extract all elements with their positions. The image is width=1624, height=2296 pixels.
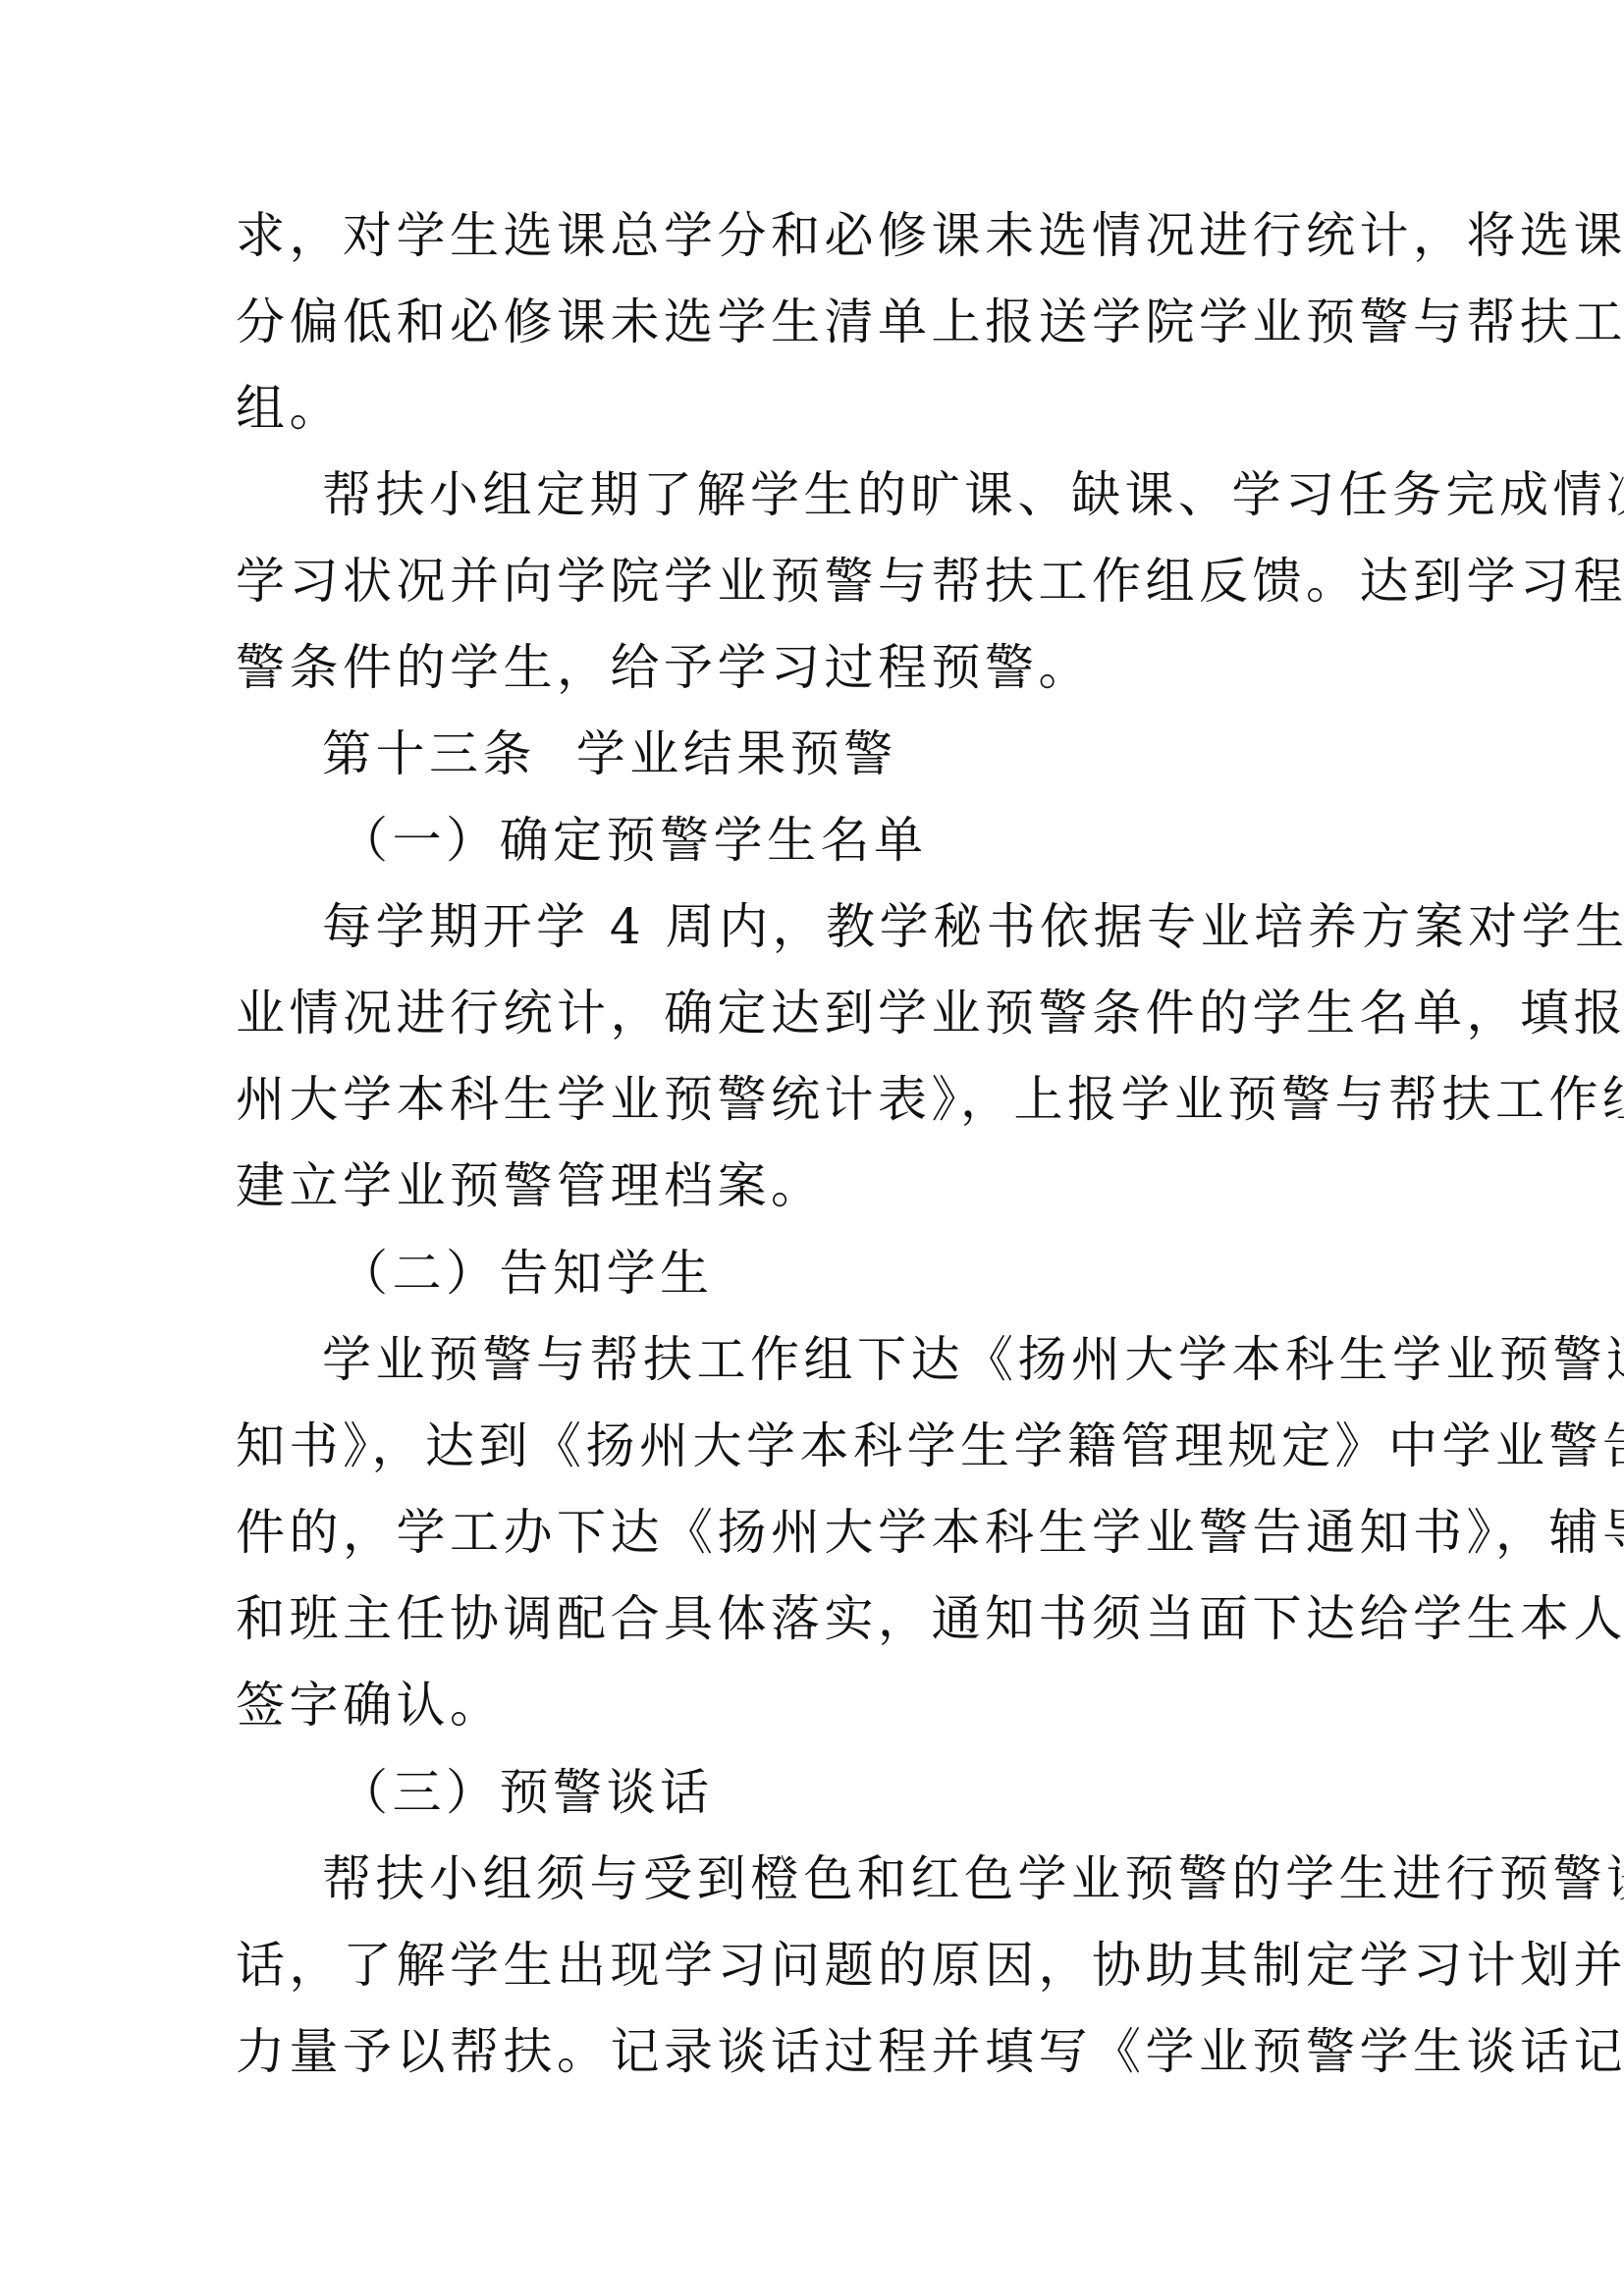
paragraph-line: 学业预警与帮扶工作组下达《扬州大学本科生学业预警通: [322, 1325, 1435, 1394]
paragraph-line: 警条件的学生，给予学习过程预警。: [236, 633, 1435, 702]
paragraph-line: 建立学业预警管理档案。: [236, 1151, 1435, 1220]
paragraph-line: 学习状况并向学院学业预警与帮扶工作组反馈。达到学习程预: [236, 547, 1435, 615]
paragraph-line: 知书》，达到《扬州大学本科学生学籍管理规定》中学业警告条: [236, 1412, 1435, 1480]
section-heading: （三）预警谈话: [339, 1758, 714, 1827]
paragraph-line: 帮扶小组须与受到橙色和红色学业预警的学生进行预警谈: [322, 1844, 1435, 1913]
paragraph-line: 力量予以帮扶。记录谈话过程并填写《学业预警学生谈话记录: [236, 2017, 1435, 2086]
paragraph-line: 业情况进行统计，确定达到学业预警条件的学生名单，填报《扬: [236, 979, 1435, 1047]
paragraph-line: 和班主任协调配合具体落实，通知书须当面下达给学生本人并: [236, 1584, 1435, 1653]
paragraph-line: 州大学本科生学业预警统计表》，上报学业预警与帮扶工作组，: [236, 1065, 1435, 1134]
paragraph-line: 每学期开学 4 周内，教学秘书依据专业培养方案对学生学: [322, 892, 1435, 961]
section-heading: （一）确定预警学生名单: [339, 806, 928, 875]
section-heading: （二）告知学生: [339, 1239, 714, 1308]
paragraph-line: 分偏低和必修课未选学生清单上报送学院学业预警与帮扶工作: [236, 288, 1435, 356]
paragraph-line: 组。: [236, 374, 1435, 443]
paragraph-line: 求，对学生选课总学分和必修课未选情况进行统计，将选课总学: [236, 201, 1435, 270]
document-page: 求，对学生选课总学分和必修课未选情况进行统计，将选课总学 分偏低和必修课未选学生…: [0, 0, 1624, 2296]
paragraph-line: 帮扶小组定期了解学生的旷课、缺课、学习任务完成情况等: [322, 460, 1435, 529]
paragraph-line: 签字确认。: [236, 1671, 1435, 1739]
article-heading: 第十三条 学业结果预警: [322, 720, 897, 788]
paragraph-line: 话，了解学生出现学习问题的原因，协助其制定学习计划并组织: [236, 1931, 1435, 2000]
paragraph-line: 件的，学工办下达《扬州大学本科生学业警告通知书》，辅导员: [236, 1498, 1435, 1567]
